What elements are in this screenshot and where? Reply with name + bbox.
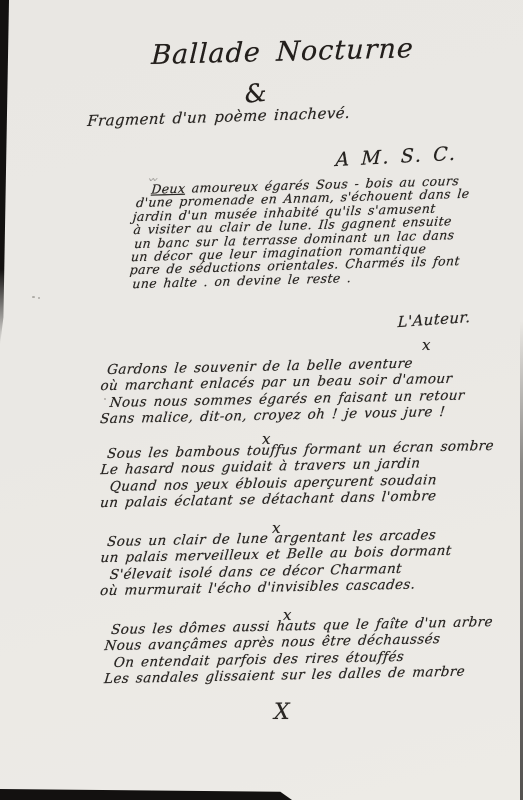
- underlined-word: Deux: [151, 181, 187, 197]
- title-flourish: &: [243, 78, 269, 109]
- dedication: A M. S. C.: [335, 143, 457, 171]
- stanza: Gardons le souvenir de la belle aventure…: [101, 354, 469, 427]
- insertion-mark: 〰: [148, 173, 157, 187]
- author-signature: L'Auteur.: [397, 308, 471, 331]
- scan-border-bottom: [0, 789, 292, 800]
- poem-title: Ballade Nocturne: [151, 33, 415, 71]
- end-mark: X: [274, 700, 290, 725]
- stanza: Sous les bambous touffus formant un écra…: [101, 438, 494, 512]
- paper-speck: [32, 296, 35, 298]
- scan-border-left: [0, 0, 9, 345]
- paper-speck: [38, 297, 40, 299]
- poem-subtitle: Fragment d'un poème inachevé.: [87, 104, 351, 130]
- stanza: Sous un clair de lune argentant les arca…: [101, 527, 454, 600]
- prose-note: Deux〰 amoureux égarés Sous - bois au cou…: [128, 174, 472, 291]
- cross-mark: x: [422, 336, 430, 354]
- stanza: Sous les dômes aussi hauts que le faîte …: [105, 614, 493, 688]
- manuscript-page: Ballade Nocturne & Fragment d'un poème i…: [0, 0, 523, 800]
